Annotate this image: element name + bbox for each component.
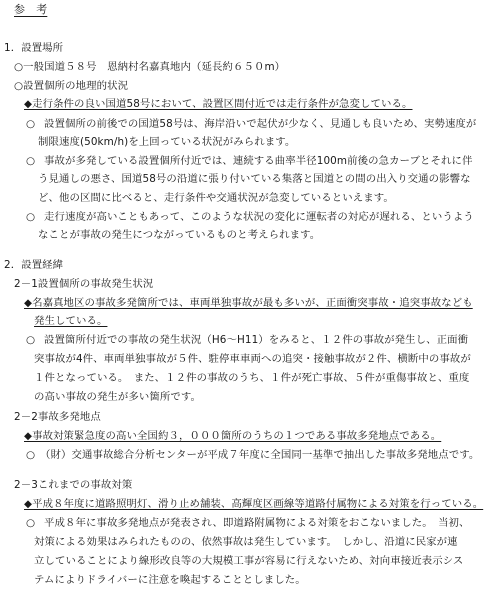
- para-2-line-1: 事故が多発している設置個所付近では、連続する曲率半径100m前後の急カーブとそれ…: [44, 156, 472, 166]
- bullet-icon: ○: [26, 450, 35, 460]
- bullet-icon: ○: [26, 156, 35, 166]
- subsection-2-2-key-point: ◆事故対策緊急度の高い全国約３，０００箇所のうちの１つである事故多発地点である。: [24, 431, 441, 441]
- section-1-key-point: ◆走行条件の良い国道58号において、設置区間付近では走行条件が急変している。: [24, 99, 412, 109]
- subsection-2-1-key-point-line-2: 発生している。: [34, 316, 107, 326]
- bullet-icon: ○: [26, 212, 35, 222]
- geo-item: ○設置個所の地理的状況: [14, 81, 128, 91]
- para-1-line-1: 設置個所の前後での国道58号は、海岸沿いで起伏が少なく、見通しも良いため、実勢速…: [44, 119, 476, 129]
- para-2-line-3: ど、他の区間に比べると、走行条件や交通状況が急変しているといえます。: [38, 193, 394, 203]
- para-2-line-2: う見通しの悪さ、国道58号の沿道に張り付いている集落と国道との間の出入り交通の影…: [38, 174, 471, 184]
- document-page: 参 考 1．設置場所 ○一般国道５８号 恩納村名嘉真地内（延長約６５０m） ○設…: [0, 0, 494, 590]
- subsection-2-3-para-line-4: テムによりドライバーに注意を喚起することとしました。: [34, 575, 306, 585]
- subsection-2-2-para-line-1: （財）交通事故総合分析センターが平成７年度に全国同一基準で抽出した事故多発地点で…: [40, 450, 479, 460]
- subsection-2-1-para-line-3: １件となっている。 また、１２件の事故のうち、１件が死亡事故、５件が重傷事故と、…: [34, 373, 469, 383]
- subsection-2-3-para-line-3: 立していることにより線形改良等の大規模工事が容易に行えないため、対向車接近表示シ…: [34, 556, 463, 566]
- subsection-2-3-para-line-1: 平成８年に事故多発地点が発表され、即道路附属物による対策をおこないました。 当初…: [44, 518, 470, 528]
- subsection-2-3-para-line-2: 対策による効果はみられたものの、依然事故は発生しています。 しかし、沿道に民家が…: [34, 537, 458, 547]
- para-3-line-2: なことが事故の発生につながっているものと考えられます。: [38, 230, 320, 240]
- subsection-2-1-heading: 2－1設置個所の事故発生状況: [14, 279, 153, 289]
- bullet-icon: ○: [26, 119, 35, 129]
- document-title: 参 考: [14, 4, 47, 15]
- location-item: ○一般国道５８号 恩納村名嘉真地内（延長約６５０m）: [14, 62, 285, 72]
- para-3-line-1: 走行速度が高いこともあって、このような状況の変化に運転者の対応が遅れる、というよ…: [44, 212, 474, 222]
- subsection-2-1-para-line-4: の高い事故の発生が多い箇所です。: [34, 392, 201, 402]
- subsection-2-1-key-point-line-1: ◆名嘉真地区の事故多発箇所では、車両単独事故が最も多いが、正面衝突事故・追突事故…: [24, 298, 473, 308]
- subsection-2-2-heading: 2－2事故多発地点: [14, 412, 101, 422]
- bullet-icon: ○: [26, 518, 35, 528]
- bullet-icon: ○: [26, 335, 35, 345]
- subsection-2-1-para-line-1: 設置箇所付近での事故の発生状況（H6〜H11）をみると、１２件の事故が発生し、正…: [44, 335, 468, 345]
- subsection-2-3-key-point: ◆平成８年度に道路照明灯、滑り止め舗装、高輝度区画線等道路付属物による対策を行っ…: [24, 499, 483, 509]
- para-1-line-2: 制限速度(50km/h)を上回っている状況がみられます。: [38, 137, 295, 147]
- subsection-2-3-heading: 2－3これまでの事故対策: [14, 480, 132, 490]
- section-1-heading: 1．設置場所: [4, 43, 63, 53]
- subsection-2-1-para-line-2: 突事故が4件、車両単独事故が５件、駐停車車両への追突・接触事故が２件、横断中の事…: [34, 354, 471, 364]
- section-2-heading: 2．設置経緯: [4, 260, 63, 270]
